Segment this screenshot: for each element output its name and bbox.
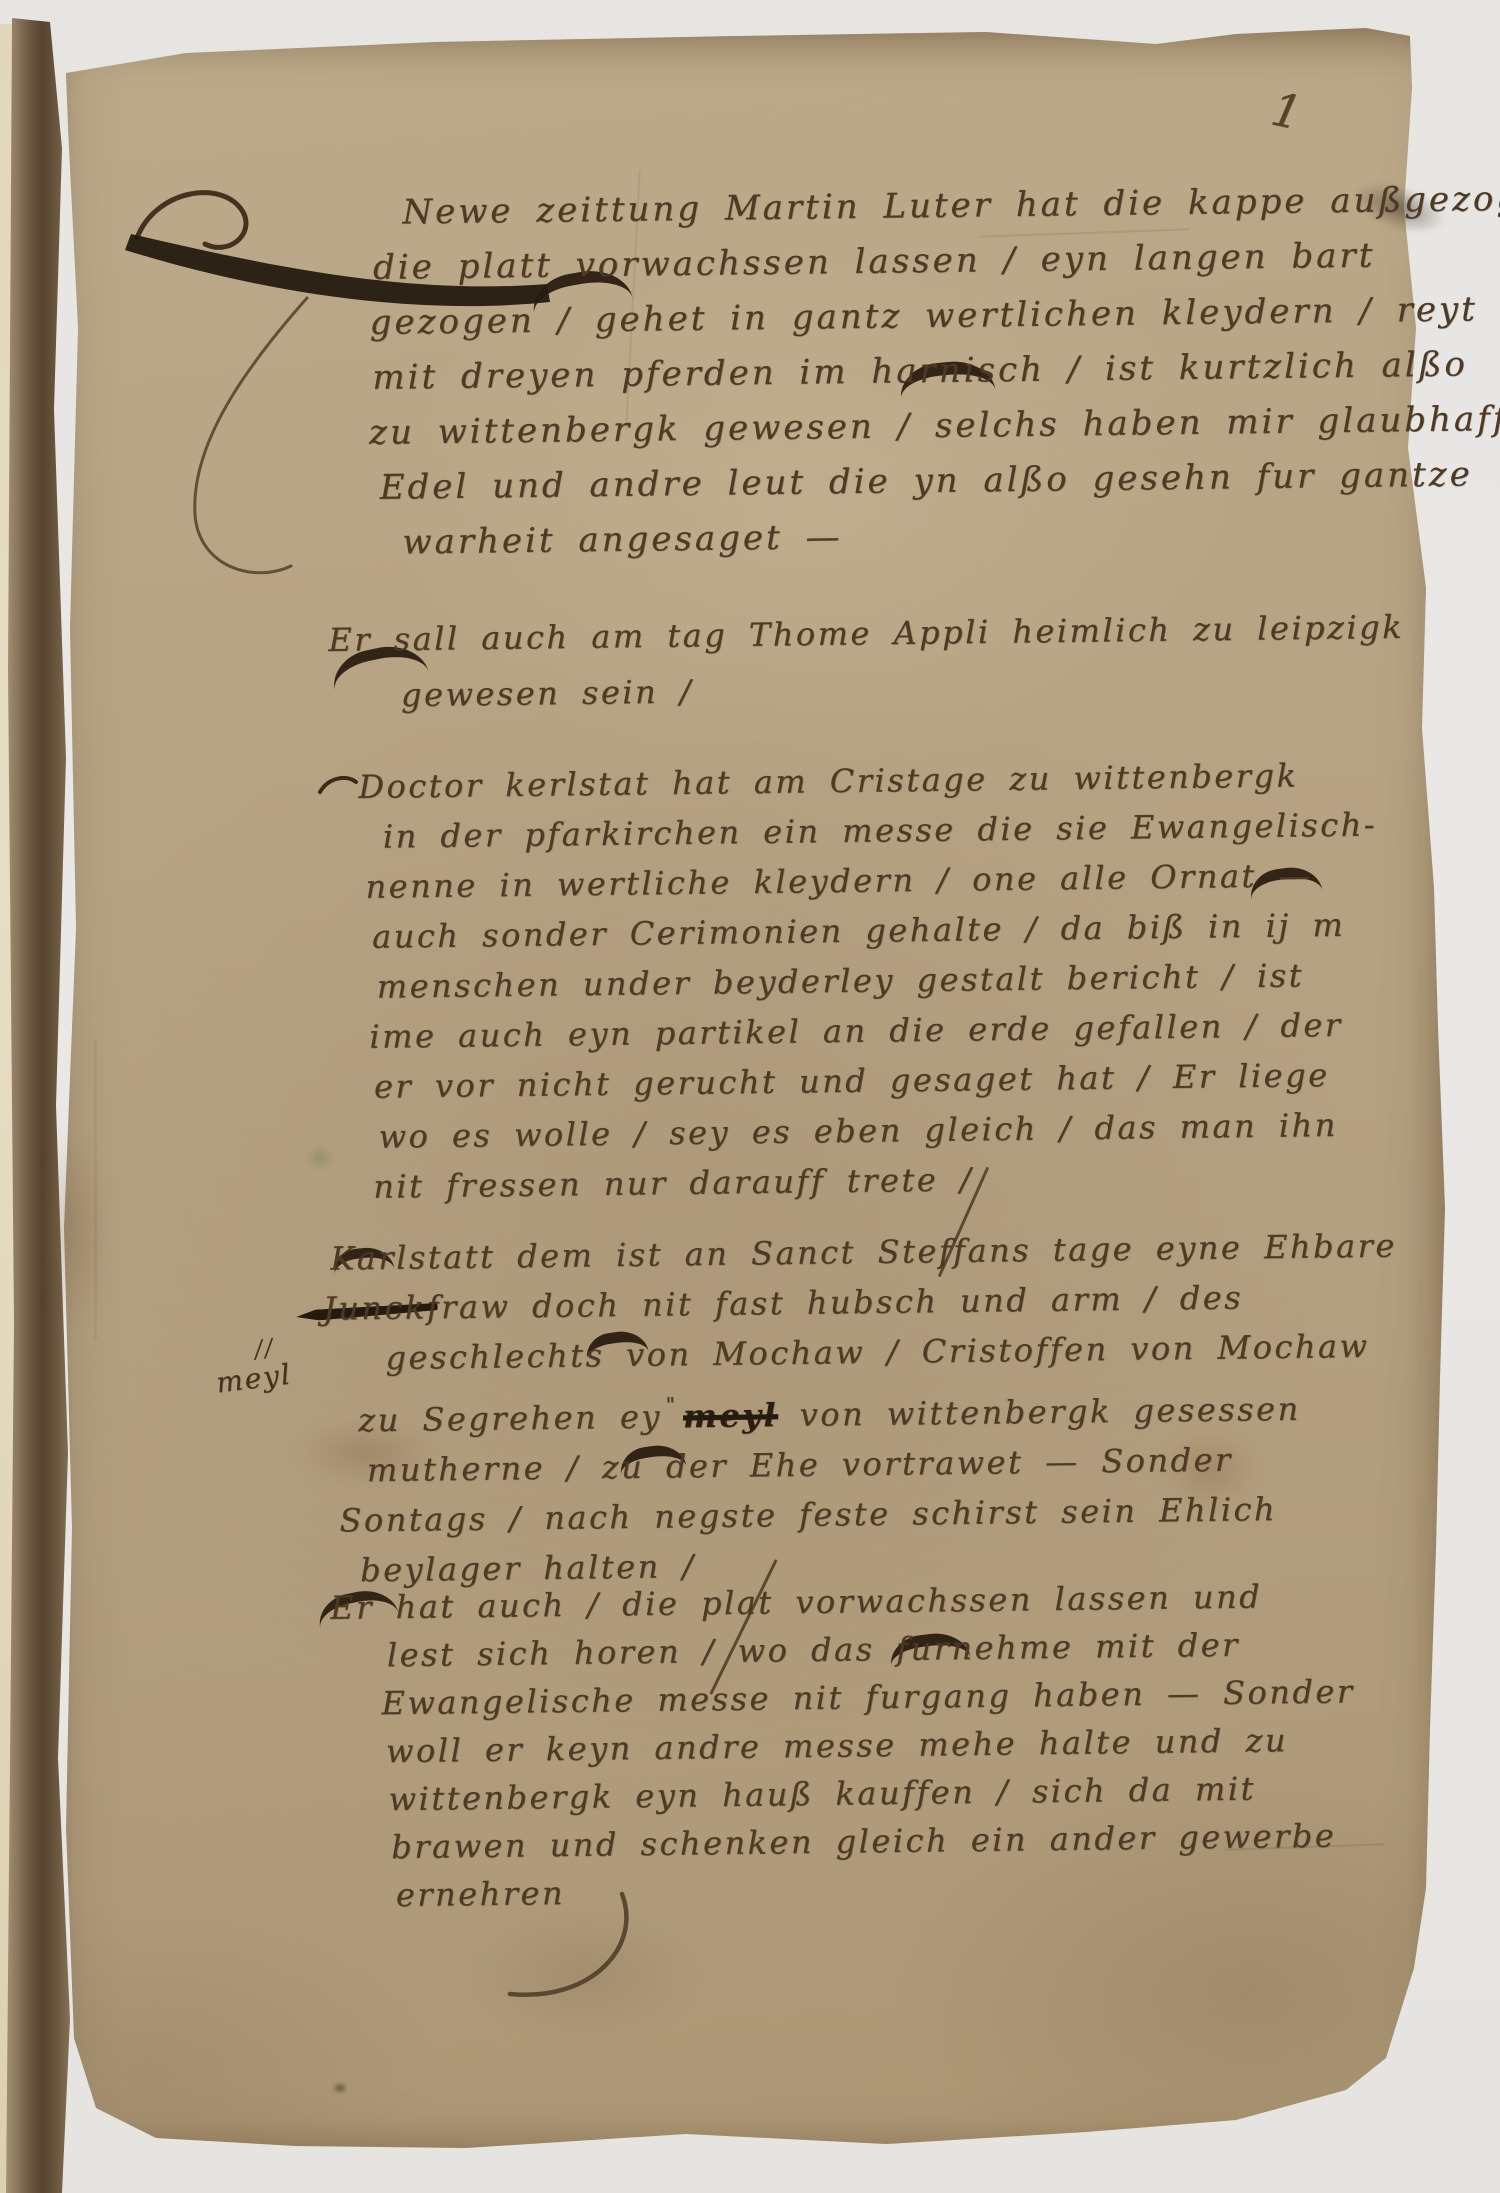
struck-word: meyl (683, 1396, 778, 1435)
stain (36, 1130, 112, 1330)
line-segment: zu Segrehen ey (358, 1398, 662, 1440)
manuscript-line: gewesen sein / (401, 655, 1405, 723)
paragraph-karlstadt-betrothal: Karlstatt dem ist an Sanct Steffans tage… (300, 1221, 1401, 1596)
insertion-mark: // (253, 1333, 276, 1363)
margin-note-word: meyl (214, 1357, 293, 1399)
stain (332, 2082, 348, 2094)
page-overlay: 1 // meyl (0, 0, 1500, 2193)
paragraph-luther-plans: Er hat auch / die plat vorwachssen lasse… (322, 1571, 1357, 1920)
insertion-caret: " (666, 1392, 675, 1416)
paragraph-leipzig: Er sall auch am tag Thome Appli heimlich… (328, 599, 1405, 724)
stain (306, 1146, 334, 1170)
line-segment: von wittenbergk gesessen (799, 1390, 1300, 1434)
paragraph-karlstadt-mass: Doctor kerlstat hat am Cristage zu witte… (352, 749, 1382, 1211)
folio-number: 1 (1267, 82, 1307, 141)
manuscript-scan: 1 // meyl (0, 0, 1500, 2193)
margin-note: // meyl (214, 1357, 293, 1399)
crease-line (94, 1040, 97, 1340)
paragraph-news-luther: Newe zeittung Martin Luter hat die kappe… (362, 171, 1500, 571)
manuscript-line-corrected: zu Segrehen ey"meyl von wittenbergk gese… (358, 1371, 1399, 1446)
